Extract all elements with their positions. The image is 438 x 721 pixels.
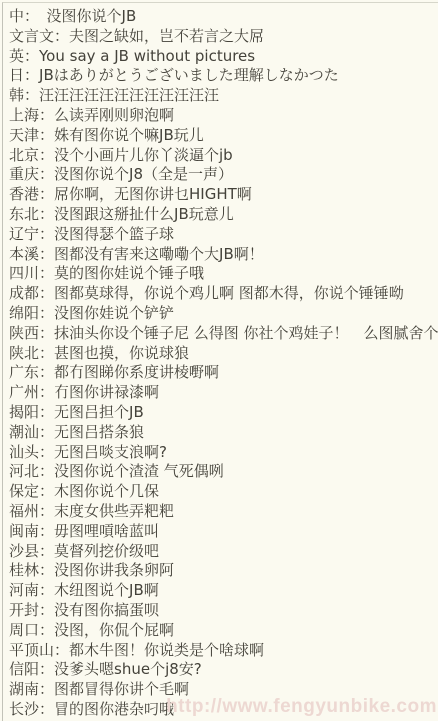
dialect-text: 屌你啊，无图你讲乜HIGHT啊 xyxy=(54,185,252,203)
dialect-list-page: 中： 没图你说个JB 文言文：夫图之缺如，岂不若言之大屌 英：You say a… xyxy=(2,2,438,721)
dialect-text: 图都莫球得，你说个鸡儿啊 图都木得，你说个锤锤呦 xyxy=(54,284,404,302)
dialect-text: 毋图哩嗊啥蓝叫 xyxy=(54,522,159,540)
dialect-line: 成都：图都莫球得，你说个鸡儿啊 图都木得，你说个锤锤呦 xyxy=(9,284,438,304)
dialect-line: 韩：汪汪汪汪汪汪汪汪汪汪汪汪 xyxy=(9,86,438,106)
dialect-text: 没图你说个渣渣 气死偶咧 xyxy=(54,462,224,480)
region-label: 潮汕： xyxy=(9,423,54,441)
region-label: 汕头： xyxy=(9,443,54,461)
region-label: 长沙： xyxy=(9,700,54,718)
region-label: 开封： xyxy=(9,601,54,619)
dialect-line: 汕头：无图吕啖支浪啊? xyxy=(9,443,438,463)
dialect-line-list: 中： 没图你说个JB 文言文：夫图之缺如，岂不若言之大屌 英：You say a… xyxy=(9,7,438,720)
region-label: 英： xyxy=(9,47,39,65)
dialect-line: 陕北：甚图也摸，你说球狼 xyxy=(9,344,438,364)
dialect-line: 上海：么读弄刚则卵泡啊 xyxy=(9,106,438,126)
dialect-text: 汪汪汪汪汪汪汪汪汪汪汪汪 xyxy=(39,86,219,104)
dialect-line: 中： 没图你说个JB xyxy=(9,7,438,27)
dialect-line: 周口：没图，你侃个屁啊 xyxy=(9,621,438,641)
dialect-text: 冒的图你港杂叼哦 xyxy=(54,700,174,718)
dialect-text: 都木牛图！你说类是个啥球啊 xyxy=(69,641,264,659)
dialect-text: 无图吕啖支浪啊? xyxy=(54,443,167,461)
dialect-line: 河北：没图你说个渣渣 气死偶咧 xyxy=(9,462,438,482)
dialect-text: 没图你娃说个铲铲 xyxy=(54,304,174,322)
dialect-line: 天津：姝有图你说个嘛JB玩儿 xyxy=(9,126,438,146)
region-label: 陕北： xyxy=(9,344,54,362)
dialect-line: 文言文：夫图之缺如，岂不若言之大屌 xyxy=(9,27,438,47)
dialect-line: 重庆：没图你说个J8（全是一声） xyxy=(9,165,438,185)
dialect-text: 图都冒得你讲个毛啊 xyxy=(54,680,189,698)
region-label: 陕西： xyxy=(9,324,54,342)
dialect-text: 姝有图你说个嘛JB玩儿 xyxy=(54,126,204,144)
region-label: 日： xyxy=(9,66,39,84)
dialect-text: 没图你讲我条卵阿 xyxy=(54,561,174,579)
dialect-text: 末度女供些弄粑粑 xyxy=(54,502,174,520)
dialect-line: 揭阳：无图吕担个JB xyxy=(9,403,438,423)
dialect-line: 潮汕：无图吕搭条狼 xyxy=(9,423,438,443)
dialect-line: 闽南：毋图哩嗊啥蓝叫 xyxy=(9,522,438,542)
dialect-text: 没图你说个J8（全是一声） xyxy=(54,165,233,183)
region-label: 河南： xyxy=(9,581,54,599)
dialect-text: 没个小画片儿你丫淡逼个jb xyxy=(54,146,233,164)
dialect-text: 木纽图说个JB啊 xyxy=(54,581,159,599)
region-label: 天津： xyxy=(9,126,54,144)
region-label: 河北： xyxy=(9,462,54,480)
region-label: 韩： xyxy=(9,86,39,104)
dialect-line: 福州：末度女供些弄粑粑 xyxy=(9,502,438,522)
dialect-line: 广州：冇图你讲禄漆啊 xyxy=(9,383,438,403)
dialect-line: 北京：没个小画片儿你丫淡逼个jb xyxy=(9,146,438,166)
dialect-line: 绵阳：没图你娃说个铲铲 xyxy=(9,304,438,324)
dialect-text: 没爹头嗯shue个j8安? xyxy=(54,660,202,678)
region-label: 广州： xyxy=(9,383,54,401)
dialect-line: 信阳：没爹头嗯shue个j8安? xyxy=(9,660,438,680)
dialect-text: 没图你说个JB xyxy=(32,7,137,25)
dialect-line: 平顶山：都木牛图！你说类是个啥球啊 xyxy=(9,641,438,661)
dialect-text: 没有图你搞蛋呗 xyxy=(54,601,159,619)
dialect-text: 都冇图睇你系度讲棱嘢啊 xyxy=(54,363,219,381)
dialect-text: 木图你说个几保 xyxy=(54,482,159,500)
region-label: 辽宁： xyxy=(9,225,54,243)
dialect-line: 湖南：图都冒得你讲个毛啊 xyxy=(9,680,438,700)
region-label: 本溪： xyxy=(9,245,54,263)
region-label: 湖南： xyxy=(9,680,54,698)
dialect-line: 广东：都冇图睇你系度讲棱嘢啊 xyxy=(9,363,438,383)
dialect-text: 抹油头你设个锤子尼 么得图 你社个鸡娃子！ 么图腻舍个球 xyxy=(54,324,438,342)
dialect-line: 日：JBはありがとうございました理解しなかつた xyxy=(9,66,438,86)
region-label: 信阳： xyxy=(9,660,54,678)
dialect-text: 么读弄刚则卵泡啊 xyxy=(54,106,174,124)
region-label: 沙县： xyxy=(9,542,54,560)
dialect-text: 图都没有害来这嘞嘞个大JB啊！ xyxy=(54,245,264,263)
dialect-text: 没图，你侃个屁啊 xyxy=(54,621,174,639)
region-label: 四川： xyxy=(9,264,54,282)
region-label: 平顶山： xyxy=(9,641,69,659)
dialect-line: 英：You say a JB without pictures xyxy=(9,47,438,67)
dialect-text: 夫图之缺如，岂不若言之大屌 xyxy=(69,27,264,45)
dialect-line: 香港：屌你啊，无图你讲乜HIGHT啊 xyxy=(9,185,438,205)
dialect-line: 本溪：图都没有害来这嘞嘞个大JB啊！ xyxy=(9,245,438,265)
region-label: 北京： xyxy=(9,146,54,164)
region-label: 成都： xyxy=(9,284,54,302)
region-label: 揭阳： xyxy=(9,403,54,421)
region-label: 闽南： xyxy=(9,522,54,540)
dialect-line: 桂林：没图你讲我条卵阿 xyxy=(9,561,438,581)
region-label: 东北： xyxy=(9,205,54,223)
dialect-line: 陕西：抹油头你设个锤子尼 么得图 你社个鸡娃子！ 么图腻舍个球 xyxy=(9,324,438,344)
dialect-text: You say a JB without pictures xyxy=(39,47,255,65)
dialect-line: 四川：莫的图你娃说个锤子哦 xyxy=(9,264,438,284)
dialect-text: 甚图也摸，你说球狼 xyxy=(54,344,189,362)
region-label: 绵阳： xyxy=(9,304,54,322)
dialect-line: 东北：没图跟这掰扯什么JB玩意儿 xyxy=(9,205,438,225)
dialect-text: 没图跟这掰扯什么JB玩意儿 xyxy=(54,205,234,223)
dialect-text: 没图得瑟个篮子球 xyxy=(54,225,174,243)
dialect-line: 长沙：冒的图你港杂叼哦 xyxy=(9,700,438,720)
region-label: 上海： xyxy=(9,106,54,124)
dialect-line: 辽宁：没图得瑟个篮子球 xyxy=(9,225,438,245)
dialect-line: 沙县：莫督列挖价级吧 xyxy=(9,542,438,562)
region-label: 重庆： xyxy=(9,165,54,183)
dialect-line: 开封：没有图你搞蛋呗 xyxy=(9,601,438,621)
region-label: 中： xyxy=(9,7,32,25)
dialect-line: 保定：木图你说个几保 xyxy=(9,482,438,502)
region-label: 文言文： xyxy=(9,27,69,45)
dialect-text: JBはありがとうございました理解しなかつた xyxy=(39,66,339,84)
region-label: 保定： xyxy=(9,482,54,500)
region-label: 周口： xyxy=(9,621,54,639)
dialect-text: 冇图你讲禄漆啊 xyxy=(54,383,159,401)
dialect-line: 河南：木纽图说个JB啊 xyxy=(9,581,438,601)
region-label: 福州： xyxy=(9,502,54,520)
dialect-text: 莫督列挖价级吧 xyxy=(54,542,159,560)
dialect-text: 无图吕搭条狼 xyxy=(54,423,144,441)
dialect-text: 莫的图你娃说个锤子哦 xyxy=(54,264,204,282)
region-label: 香港： xyxy=(9,185,54,203)
region-label: 广东： xyxy=(9,363,54,381)
dialect-text: 无图吕担个JB xyxy=(54,403,144,421)
region-label: 桂林： xyxy=(9,561,54,579)
